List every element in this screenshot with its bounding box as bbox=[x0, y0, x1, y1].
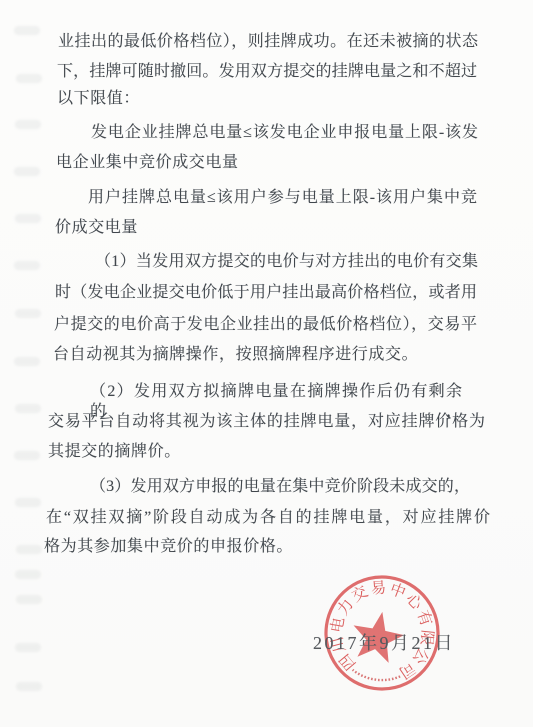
document-line: 电企业集中竞价成交电量 bbox=[56, 153, 239, 173]
document-line: 下，挂牌可随时撤回。发用双方提交的挂牌电量之和不超过 bbox=[57, 62, 477, 82]
document-line: 价成交电量 bbox=[55, 218, 138, 238]
document-line: （2）发用双方拟摘牌电量在摘牌操作后仍有剩余的， bbox=[90, 382, 462, 402]
document-line: 交易平台自动将其视为该主体的挂牌电量，对应挂牌价格为 bbox=[48, 412, 485, 432]
document-line: （3）发用双方申报的电量在集中竞价阶段未成交的， bbox=[90, 477, 470, 497]
seal-microtext-arc bbox=[352, 670, 400, 683]
document-line: 户提交的电价高于发电企业挂出的最低价格档位），交易平 bbox=[54, 315, 477, 335]
scan-smudge bbox=[15, 404, 41, 413]
document-line: 台自动视其为摘牌操作，按照摘牌程序进行成交。 bbox=[53, 345, 418, 365]
scan-smudge bbox=[15, 498, 41, 507]
scan-smudge bbox=[15, 309, 41, 318]
scan-smudge bbox=[14, 167, 40, 176]
date-stamp: 2017年9月21日 bbox=[313, 632, 455, 654]
scan-smudge bbox=[15, 120, 41, 129]
document-line: 业挂出的最低价格档位），则挂牌成功。在还未被摘的状态 bbox=[58, 32, 478, 52]
document-line: 发电企业挂牌总电量≤该发电企业申报电量上限-该发 bbox=[91, 123, 478, 143]
document-line: （1）当发用双方提交的电价与对方挂出的电价有交集 bbox=[95, 252, 478, 272]
scan-smudge bbox=[16, 74, 42, 83]
document-line: 格为其参加集中竞价的申报价格。 bbox=[44, 537, 293, 557]
document-line: 时（发电企业提交电价低于用户挂出最高价格档位，或者用 bbox=[55, 283, 477, 303]
scan-smudge bbox=[14, 26, 40, 35]
seal-arc-character: 易 bbox=[370, 579, 387, 598]
scan-smudge bbox=[15, 570, 41, 579]
document-line: 在“双挂双摘”阶段自动成为各自的挂牌电量，对应挂牌价 bbox=[46, 508, 490, 528]
document-line: 用户挂牌总电量≤该用户参与电量上限-该用户集中竞 bbox=[88, 188, 477, 208]
document-line: 其提交的摘牌价。 bbox=[48, 442, 181, 462]
scan-smudge bbox=[14, 357, 40, 366]
scan-smudge bbox=[16, 545, 42, 554]
document-line: 以下限值： bbox=[57, 89, 140, 109]
scan-smudge bbox=[16, 682, 42, 691]
scan-smudge bbox=[15, 214, 41, 223]
scan-smudge bbox=[15, 643, 41, 652]
scan-smudge bbox=[14, 451, 40, 460]
scan-smudge bbox=[14, 261, 40, 270]
scan-smudge bbox=[16, 595, 42, 604]
scanned-document-page: 业挂出的最低价格档位），则挂牌成功。在还未被摘的状态下，挂牌可随时撤回。发用双方… bbox=[0, 0, 533, 727]
